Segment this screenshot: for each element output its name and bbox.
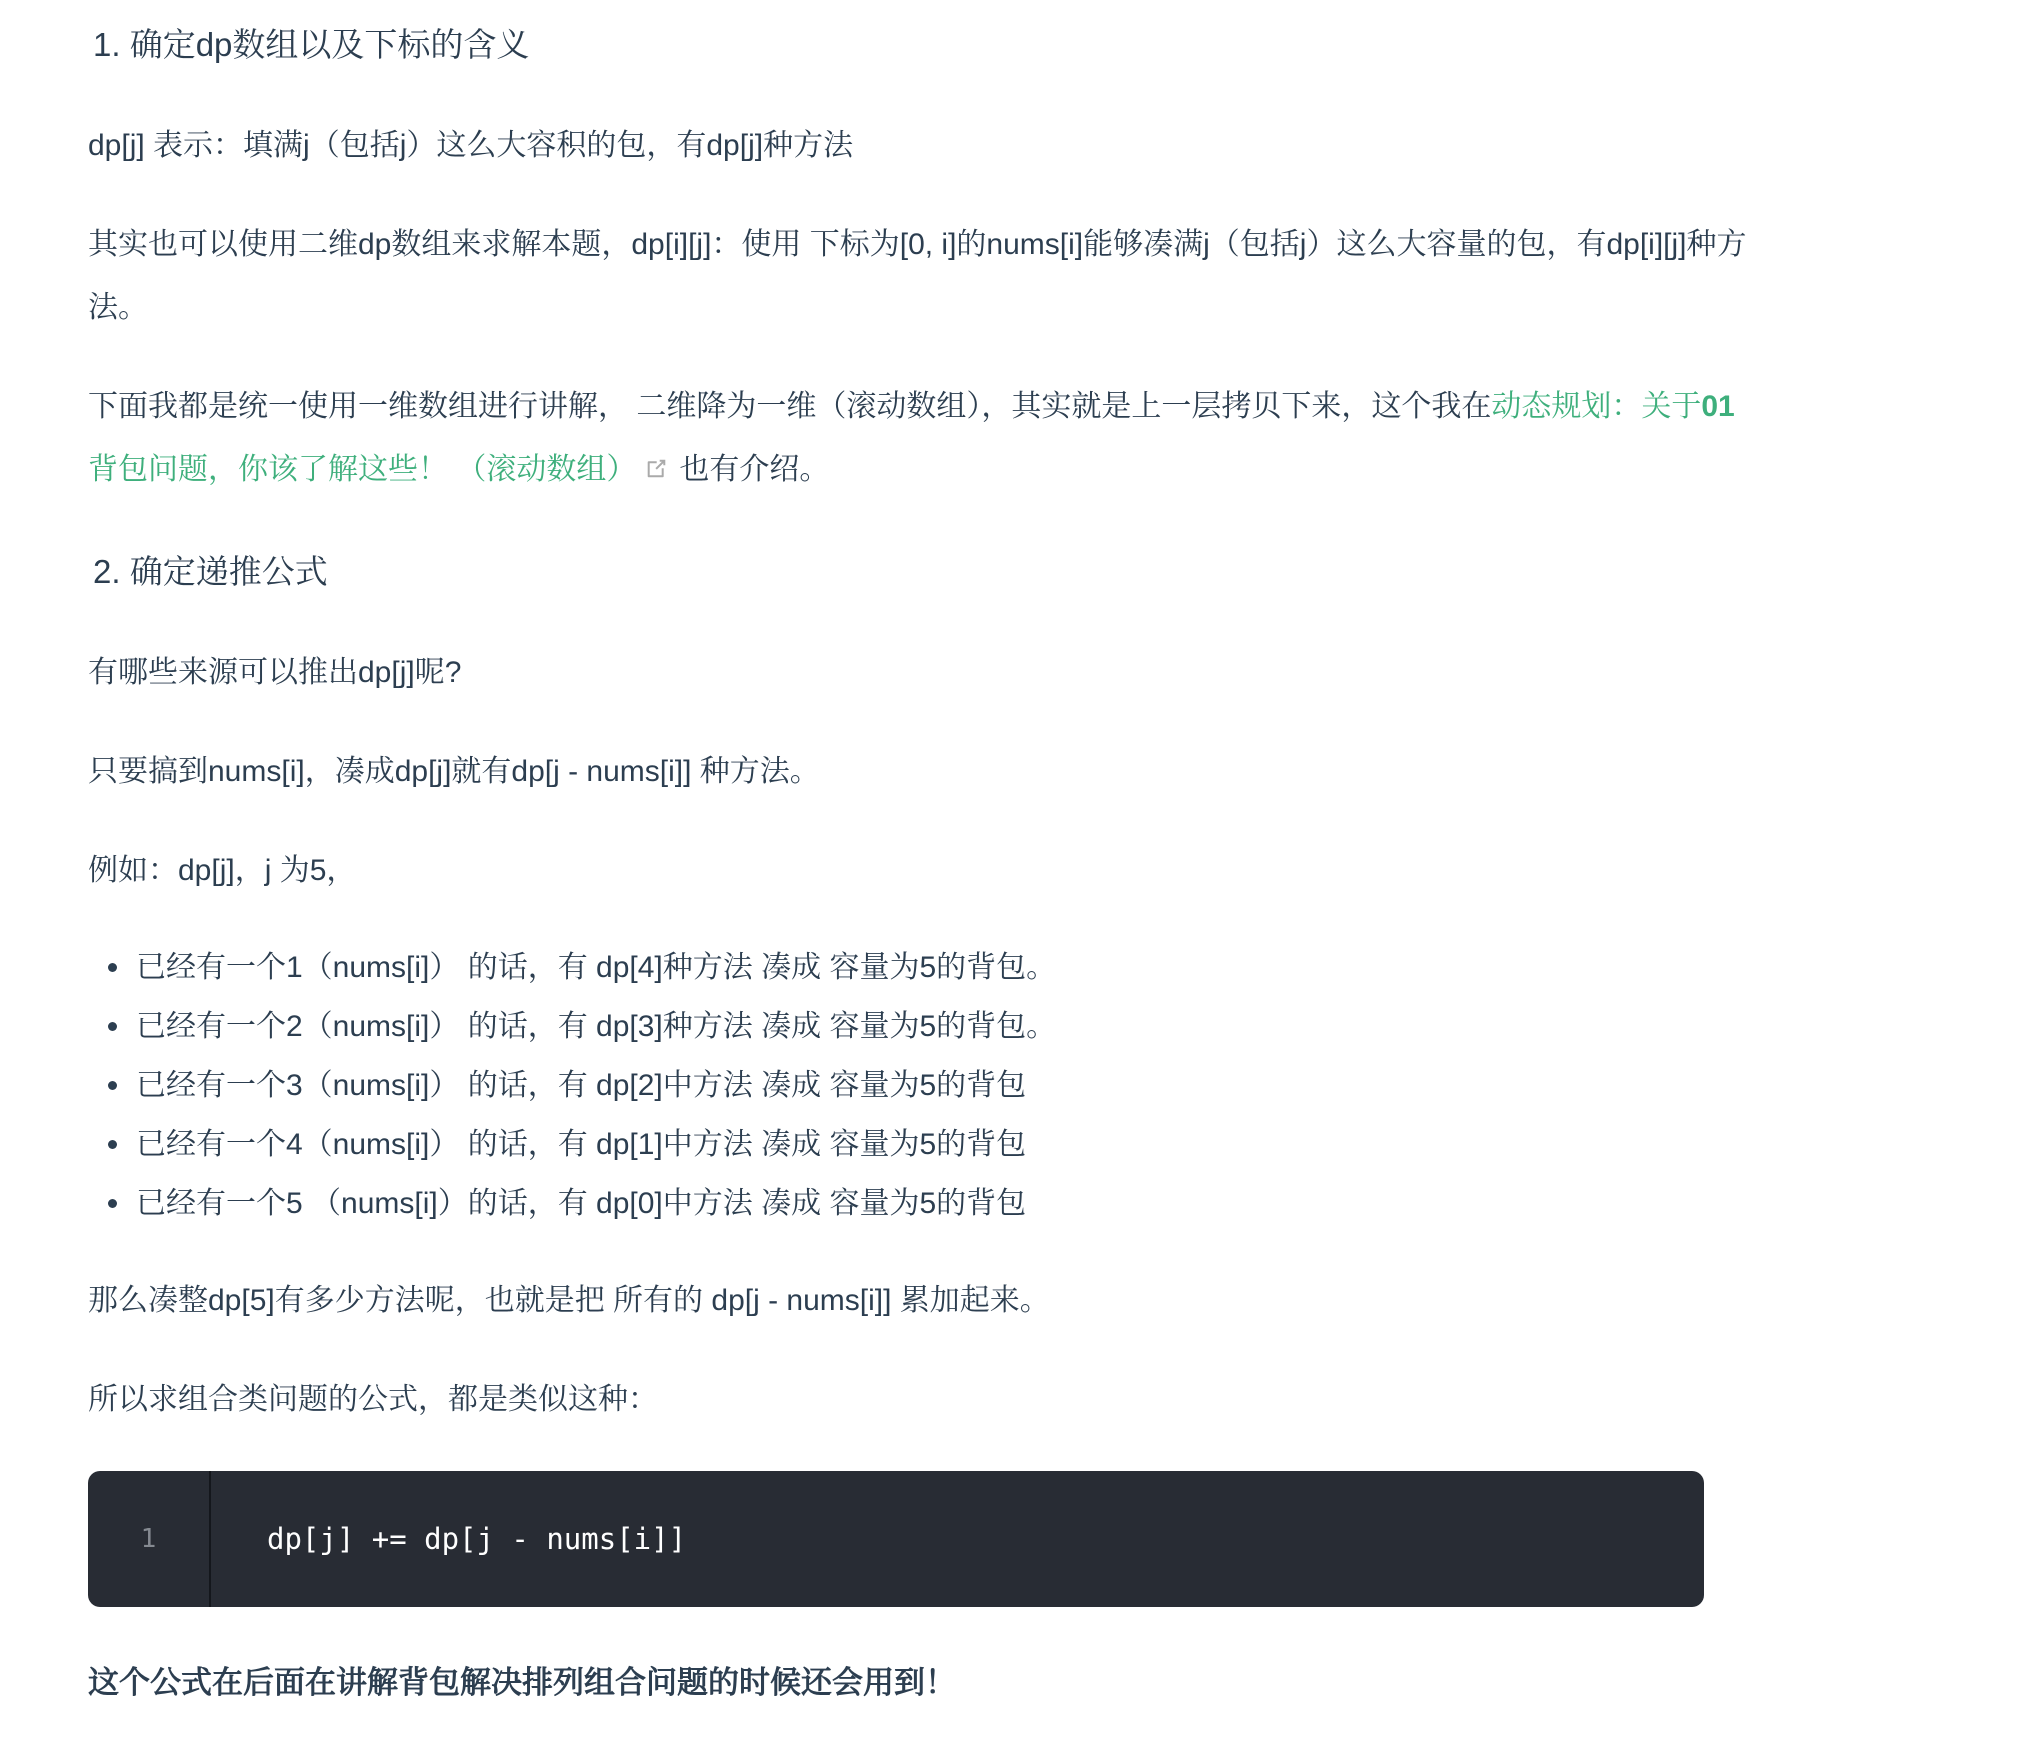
link-text-bold-01: 01: [1701, 390, 1734, 423]
step-heading-1: 1. 确定dp数组以及下标的含义: [88, 12, 1747, 78]
external-link-icon: [644, 440, 669, 503]
paragraph-nums-ways: 只要搞到nums[i]，凑成dp[j]就有dp[j - nums[i]] 种方法…: [88, 740, 1747, 803]
code-block: 1 dp[j] += dp[j - nums[i]]: [88, 1471, 1704, 1607]
step-heading-2: 2. 确定递推公式: [88, 539, 1747, 605]
code-content: dp[j] += dp[j - nums[i]]: [267, 1522, 686, 1556]
list-item: 已经有一个3（nums[i]） 的话，有 dp[2]中方法 凑成 容量为5的背包: [88, 1056, 1747, 1115]
rolling-array-text-before-link: 下面我都是统一使用一维数组进行讲解， 二维降为一维（滚动数组），其实就是上一层拷…: [88, 390, 1491, 423]
example-bullet-list: 已经有一个1（nums[i]） 的话，有 dp[4]种方法 凑成 容量为5的背包…: [88, 938, 1747, 1233]
list-item: 已经有一个4（nums[i]） 的话，有 dp[1]中方法 凑成 容量为5的背包: [88, 1115, 1747, 1174]
article-content: 1. 确定dp数组以及下标的含义 dp[j] 表示：填满j（包括j）这么大容积的…: [0, 0, 2027, 1744]
list-item: 已经有一个2（nums[i]） 的话，有 dp[3]种方法 凑成 容量为5的背包…: [88, 997, 1747, 1056]
rolling-array-text-after-link: 也有介绍。: [679, 453, 829, 486]
code-line-number-gutter: 1: [88, 1471, 211, 1607]
link-text-suffix: 背包问题，你该了解这些！ （滚动数组）: [88, 453, 636, 486]
paragraph-dpj-meaning: dp[j] 表示：填满j（包括j）这么大容积的包，有dp[j]种方法: [88, 114, 1747, 177]
paragraph-example-j5: 例如：dp[j]，j 为5，: [88, 839, 1747, 902]
paragraph-sum-methods: 那么凑整dp[5]有多少方法呢，也就是把 所有的 dp[j - nums[i]]…: [88, 1269, 1747, 1332]
paragraph-dpj-sources: 有哪些来源可以推出dp[j]呢?: [88, 641, 1747, 704]
link-text-prefix: 动态规划：关于: [1491, 390, 1701, 423]
code-line-number: 1: [141, 1524, 157, 1554]
code-content-area: dp[j] += dp[j - nums[i]]: [211, 1471, 1704, 1607]
paragraph-formula-intro: 所以求组合类问题的公式，都是类似这种：: [88, 1368, 1747, 1431]
closing-bold-note: 这个公式在后面在讲解背包解决排列组合问题的时候还会用到！: [88, 1651, 1747, 1714]
list-item: 已经有一个1（nums[i]） 的话，有 dp[4]种方法 凑成 容量为5的背包…: [88, 938, 1747, 997]
list-item: 已经有一个5 （nums[i]）的话，有 dp[0]中方法 凑成 容量为5的背包: [88, 1174, 1747, 1233]
paragraph-rolling-array: 下面我都是统一使用一维数组进行讲解， 二维降为一维（滚动数组），其实就是上一层拷…: [88, 375, 1747, 503]
paragraph-2d-dp: 其实也可以使用二维dp数组来求解本题，dp[i][j]：使用 下标为[0, i]…: [88, 213, 1747, 339]
